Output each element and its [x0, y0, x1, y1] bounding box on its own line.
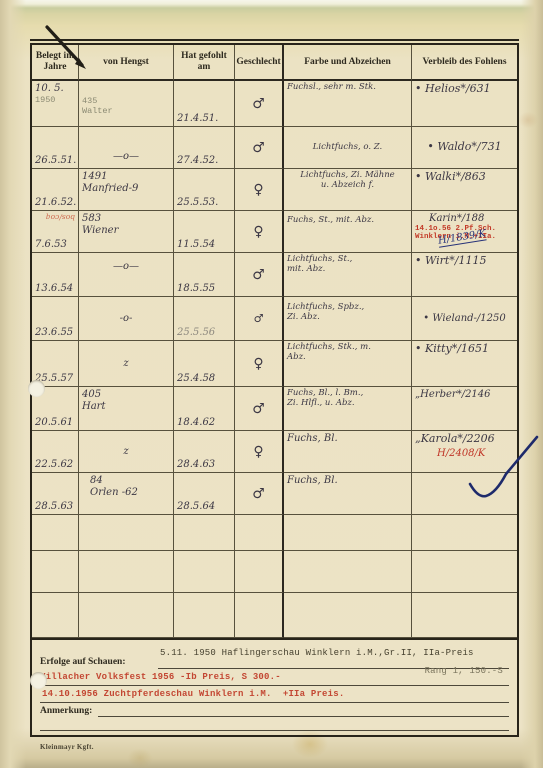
cell-covered: 10. 5.1950: [32, 81, 79, 127]
color-markings: Lichtfuchs, Stk., m. Abz.: [287, 343, 408, 363]
cell-sex: ♀: [235, 211, 284, 253]
cell-stallion: 405 Hart: [79, 387, 174, 431]
empty-cell: [32, 593, 79, 638]
cell-covered: 23.6.55: [32, 297, 79, 341]
stallion-ditto: —o—: [82, 151, 170, 163]
empty-cell: [79, 551, 174, 593]
foal-whereabouts: • Waldo*/731: [427, 141, 501, 154]
inverted-red-stamp: bos/coq: [35, 213, 75, 222]
ruled-line: [40, 730, 509, 731]
cell-foaled: 25.4.58: [174, 341, 235, 387]
stallion-name: 1491 Manfried-9: [82, 171, 170, 194]
empty-cell: [235, 551, 284, 593]
empty-cell: [174, 593, 235, 638]
cell-stallion: z: [79, 341, 174, 387]
cell-stallion: 435 Walter: [79, 81, 174, 127]
empty-cell: [235, 515, 284, 551]
cell-sex: ♂: [235, 127, 284, 169]
foal-whereabouts: • Helios*/631: [415, 83, 514, 96]
foaled-date: 27.4.52.: [177, 155, 231, 167]
cell-foaled: 21.4.51.: [174, 81, 235, 127]
foaled-date: 25.4.58: [177, 373, 231, 385]
cell-stallion: —o—: [79, 253, 174, 297]
cell-covered: 28.5.63: [32, 473, 79, 515]
empty-cell: [174, 551, 235, 593]
cell-covered: 22.5.62: [32, 431, 79, 473]
cell-color: Fuchs, St., mit. Abz.: [284, 211, 412, 253]
cell-stallion: -o-: [79, 297, 174, 341]
empty-cell: [412, 593, 517, 638]
color-markings: Fuchs, Bl.: [287, 475, 408, 487]
col-header-foal-whereabouts: Verbleib des Fohlens: [412, 45, 517, 81]
foal-whereabouts: • Kitty*/1651: [415, 343, 514, 356]
col-header-foaled: Hat gefohlt am: [174, 45, 235, 81]
col-header-color-markings: Farbe und Abzeichen: [284, 45, 412, 81]
sex-symbol: ♀: [253, 224, 263, 240]
stallion-ditto: —o—: [82, 261, 170, 273]
stallion-name: 84 Orlen -62: [90, 475, 170, 498]
sex-symbol: ♂: [252, 267, 265, 283]
color-markings: Lichtfuchs, St., mit. Abz.: [287, 255, 408, 275]
cell-foaled: 18.4.62: [174, 387, 235, 431]
show-result-rank: Rang 1, 150.-S: [425, 666, 503, 676]
show-results-section: 5.11. 1950 Haflingerschau Winklern i.M.,…: [32, 638, 517, 735]
col-header-sex: Geschlecht: [235, 45, 284, 81]
cell-fate: • Wieland-/1250: [412, 297, 517, 341]
header-label: Hat gefohlt am: [181, 51, 227, 73]
cell-covered: 21.6.52.: [32, 169, 79, 211]
cell-foaled: 28.5.64: [174, 473, 235, 515]
cell-stallion: —o—: [79, 127, 174, 169]
sex-symbol: ♂: [252, 96, 265, 112]
stallion-name: 583 Wiener: [82, 213, 170, 236]
empty-cell: [174, 515, 235, 551]
covered-date: 22.5.62: [35, 459, 75, 471]
covered-year-typed: 1950: [35, 95, 75, 105]
shows-label: Erfolge auf Schauen:: [40, 657, 126, 667]
printer-imprint: Kleinmayr Kgft.: [40, 743, 94, 751]
cell-sex: ♂: [235, 387, 284, 431]
cell-fate: • Kitty*/1651: [412, 341, 517, 387]
empty-cell: [412, 551, 517, 593]
cell-fate: Karin*/188 14.1o.56 2.Pf.Sch. Winklern i…: [412, 211, 517, 253]
cell-sex: ♂: [235, 473, 284, 515]
col-header-covered-year: Belegt im Jahre: [32, 45, 79, 81]
covered-date: 13.6.54: [35, 283, 75, 295]
note-label: Anmerkung:: [40, 706, 92, 716]
cell-stallion: z: [79, 431, 174, 473]
ruled-line: [40, 702, 509, 703]
foal-registry-table: Belegt im Jahre von Hengst Hat gefohlt a…: [30, 43, 519, 737]
foaled-date: 28.5.64: [177, 501, 231, 513]
foal-whereabouts: • Wieland-/1250: [423, 313, 506, 325]
ruled-line: [98, 716, 509, 717]
cell-sex: ♀: [235, 341, 284, 387]
cell-stallion: 1491 Manfried-9: [79, 169, 174, 211]
covered-date: 21.6.52.: [35, 197, 75, 209]
cell-color: Lichtfuchs, o. Z.: [284, 127, 412, 169]
cell-fate: • Helios*/631: [412, 81, 517, 127]
cell-covered: bos/coq7.6.53: [32, 211, 79, 253]
cell-foaled: 28.4.63: [174, 431, 235, 473]
red-registration-number: H/2408/K: [437, 448, 514, 459]
show-result-line-3-red: 14.10.1956 Zuchtpferdeschau Winklern i.M…: [42, 689, 344, 699]
stallion-name-typed: 435 Walter: [82, 96, 170, 116]
cell-sex: ♂: [235, 297, 284, 341]
punch-hole: [30, 672, 47, 689]
cell-fate: [412, 473, 517, 515]
empty-cell: [284, 551, 412, 593]
cell-sex: ♀: [235, 431, 284, 473]
cell-color: Fuchs, Bl.: [284, 431, 412, 473]
cell-stallion: 583 Wiener: [79, 211, 174, 253]
cell-stallion: 84 Orlen -62: [79, 473, 174, 515]
empty-cell: [32, 515, 79, 551]
foal-whereabouts: • Wirt*/1115: [415, 255, 514, 268]
stallion-name: 405 Hart: [82, 389, 170, 412]
foal-whereabouts: „Karola*/2206: [415, 433, 514, 446]
header-label: Belegt im Jahre: [36, 51, 74, 73]
sex-symbol: ♀: [253, 182, 263, 198]
sex-symbol: ♂: [252, 140, 265, 156]
color-markings: Fuchs, Bl.: [287, 433, 408, 445]
registry-grid: Belegt im Jahre von Hengst Hat gefohlt a…: [32, 45, 517, 638]
cell-color: Lichtfuchs, Stk., m. Abz.: [284, 341, 412, 387]
color-markings: Fuchs, St., mit. Abz.: [287, 216, 408, 226]
empty-cell: [284, 593, 412, 638]
cell-foaled: 18.5.55: [174, 253, 235, 297]
header-label: Geschlecht: [236, 57, 280, 68]
foal-whereabouts: Karin*/188: [429, 213, 514, 225]
foaled-date: 25.5.53.: [177, 197, 231, 209]
stallion-ditto: z: [123, 358, 128, 370]
empty-cell: [79, 593, 174, 638]
cell-covered: 13.6.54: [32, 253, 79, 297]
covered-date: 10. 5.: [35, 83, 75, 95]
show-result-line-1: 5.11. 1950 Haflingerschau Winklern i.M.,…: [160, 648, 474, 658]
sex-symbol: ♂: [254, 312, 264, 325]
foal-whereabouts: • Walki*/863: [415, 171, 514, 184]
cell-color: Lichtfuchs, Zi. Mähne u. Abzeich f.: [284, 169, 412, 211]
stallion-ditto: -o-: [120, 313, 133, 325]
color-markings: Lichtfuchs, Zi. Mähne u. Abzeich f.: [287, 171, 408, 191]
empty-cell: [32, 551, 79, 593]
punch-hole: [28, 380, 45, 397]
covered-date: 7.6.53: [35, 239, 75, 251]
cell-foaled: 25.5.53.: [174, 169, 235, 211]
cell-color: Fuchs, Bl., l. Bm., Zi. Hlfl., u. Abz.: [284, 387, 412, 431]
covered-date: 20.5.61: [35, 417, 75, 429]
cell-color: Fuchsl., sehr m. Stk.: [284, 81, 412, 127]
header-label: Farbe und Abzeichen: [304, 57, 391, 68]
cell-sex: ♂: [235, 81, 284, 127]
covered-date: 28.5.63: [35, 501, 75, 513]
cell-fate: • Waldo*/731: [412, 127, 517, 169]
cell-fate: • Wirt*/1115: [412, 253, 517, 297]
cell-fate: • Walki*/863: [412, 169, 517, 211]
cell-fate: „Herber*/2146: [412, 387, 517, 431]
empty-cell: [235, 593, 284, 638]
col-header-stallion: von Hengst: [79, 45, 174, 81]
covered-date: 23.6.55: [35, 327, 75, 339]
stallion-ditto: z: [123, 446, 128, 458]
header-label: von Hengst: [103, 57, 149, 68]
foaled-date: 18.4.62: [177, 417, 231, 429]
foaled-date: 11.5.54: [177, 239, 231, 251]
cell-color: Fuchs, Bl.: [284, 473, 412, 515]
cell-color: Lichtfuchs, Spbz., Zi. Abz.: [284, 297, 412, 341]
sex-symbol: ♀: [253, 356, 263, 372]
empty-cell: [412, 515, 517, 551]
show-result-line-2-red: Villacher Volksfest 1956 -Ib Preis, S 30…: [40, 672, 281, 682]
sex-symbol: ♂: [252, 401, 265, 417]
color-markings: Lichtfuchs, Spbz., Zi. Abz.: [287, 303, 408, 323]
foal-whereabouts: „Herber*/2146: [415, 389, 514, 401]
cell-color: Lichtfuchs, St., mit. Abz.: [284, 253, 412, 297]
cell-foaled: 11.5.54: [174, 211, 235, 253]
foaled-date: 21.4.51.: [177, 113, 231, 125]
scanned-page: Belegt im Jahre von Hengst Hat gefohlt a…: [0, 0, 543, 768]
color-markings: Fuchs, Bl., l. Bm., Zi. Hlfl., u. Abz.: [287, 389, 408, 409]
foaled-date: 18.5.55: [177, 283, 231, 295]
color-markings: Lichtfuchs, o. Z.: [313, 143, 382, 153]
covered-date: 26.5.51.: [35, 155, 75, 167]
cell-sex: ♀: [235, 169, 284, 211]
cell-covered: 26.5.51.: [32, 127, 79, 169]
ruled-line: [40, 685, 509, 686]
empty-cell: [79, 515, 174, 551]
foaled-date: 25.5.56: [177, 327, 231, 339]
cell-foaled: 27.4.52.: [174, 127, 235, 169]
foaled-date: 28.4.63: [177, 459, 231, 471]
color-markings: Fuchsl., sehr m. Stk.: [287, 83, 408, 93]
cell-foaled: 25.5.56: [174, 297, 235, 341]
cell-sex: ♂: [235, 253, 284, 297]
empty-cell: [284, 515, 412, 551]
header-label: Verbleib des Fohlens: [422, 57, 506, 68]
cell-fate: „Karola*/2206 H/2408/K: [412, 431, 517, 473]
sex-symbol: ♀: [253, 444, 263, 460]
sex-symbol: ♂: [252, 486, 265, 502]
